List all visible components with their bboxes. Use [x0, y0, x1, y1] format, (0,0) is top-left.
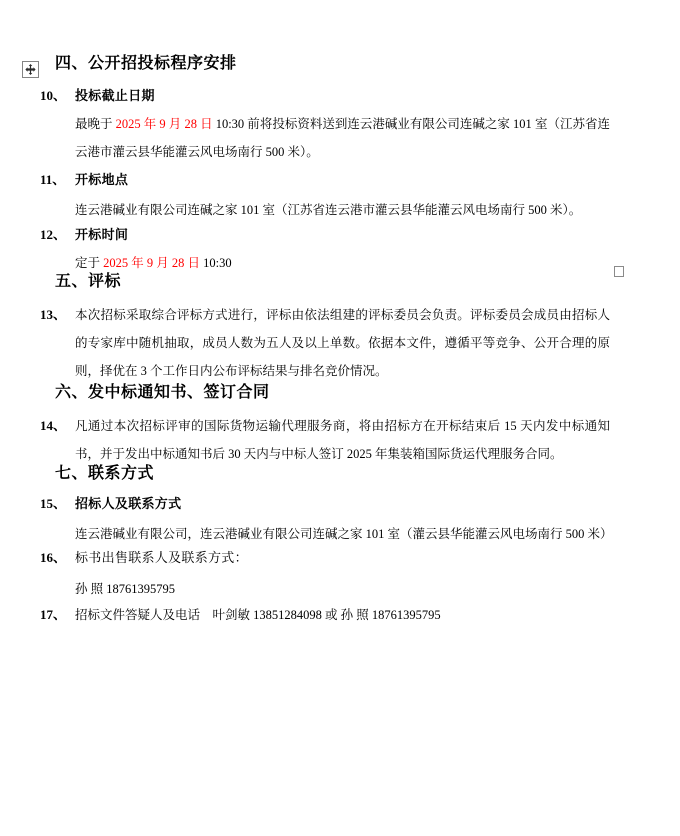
item-15-heading: 15、招标人及联系方式 [40, 495, 612, 513]
item-15-number: 15、 [40, 495, 75, 513]
move-arrows-icon [25, 64, 36, 75]
document-page: 四、公开招投标程序安排 10、投标截止日期 最晚于 2025 年 9 月 28 … [0, 0, 680, 836]
item-14-number: 14、 [40, 412, 66, 440]
item-17-number: 17、 [40, 601, 66, 629]
item-12-title: 开标时间 [75, 227, 128, 242]
item-16-number: 16、 [40, 549, 75, 567]
item-13-body: 本次招标采取综合评标方式进行，评标由依法组建的评标委员会负责。评标委员会成员由招… [75, 301, 610, 385]
item-16-title: 标书出售联系人及联系方式： [75, 550, 248, 565]
section-heading-7: 七、联系方式 [55, 464, 154, 484]
section-heading-6: 六、发中标通知书、签订合同 [55, 383, 270, 403]
item-12-opening-date: 2025 年 9 月 28 日 [103, 256, 200, 270]
item-11-title: 开标地点 [75, 172, 128, 187]
item-15-title: 招标人及联系方式 [75, 496, 181, 511]
item-13: 13、 本次招标采取综合评标方式进行，评标由依法组建的评标委员会负责。评标委员会… [40, 301, 612, 385]
item-10-title: 投标截止日期 [75, 88, 155, 103]
item-13-number: 13、 [40, 301, 66, 329]
item-17-body: 招标文件答疑人及电话 叶剑敏 13851284098 或 孙 照 1876139… [75, 601, 610, 629]
item-11-heading: 11、开标地点 [40, 171, 612, 189]
item-11-number: 11、 [40, 171, 75, 189]
item-10-body-pre: 最晚于 [75, 117, 116, 131]
item-16-contact: 孙 照 18761395795 [75, 575, 610, 603]
item-10-heading: 10、投标截止日期 [40, 87, 612, 105]
item-15-body: 连云港碱业有限公司，连云港碱业有限公司连碱之家 101 室（灌云县华能灌云风电场… [75, 520, 610, 548]
section-heading-5: 五、评标 [55, 272, 121, 292]
item-10-deadline-date: 2025 年 9 月 28 日 [116, 117, 213, 131]
item-10-body: 最晚于 2025 年 9 月 28 日 10:30 前将投标资料送到连云港碱业有… [75, 110, 610, 166]
object-anchor-square[interactable] [614, 266, 624, 277]
item-11-body: 连云港碱业有限公司连碱之家 101 室（江苏省连云港市灌云县华能灌云风电场南行 … [75, 196, 610, 224]
item-10-number: 10、 [40, 87, 75, 105]
item-14-body: 凡通过本次招标评审的国际货物运输代理服务商，将由招标方在开标结束后 15 天内发… [75, 412, 610, 468]
item-12-heading: 12、开标时间 [40, 226, 612, 244]
item-12-body-pre: 定于 [75, 256, 103, 270]
item-14: 14、 凡通过本次招标评审的国际货物运输代理服务商，将由招标方在开标结束后 15… [40, 412, 612, 468]
item-17: 17、 招标文件答疑人及电话 叶剑敏 13851284098 或 孙 照 187… [40, 601, 612, 629]
item-12-body-post: 10:30 [200, 256, 232, 270]
item-12-body: 定于 2025 年 9 月 28 日 10:30 [75, 249, 610, 277]
item-12-number: 12、 [40, 226, 75, 244]
item-16-heading: 16、标书出售联系人及联系方式： [40, 549, 612, 567]
section-heading-4: 四、公开招投标程序安排 [55, 54, 237, 74]
move-handle[interactable] [22, 61, 39, 78]
